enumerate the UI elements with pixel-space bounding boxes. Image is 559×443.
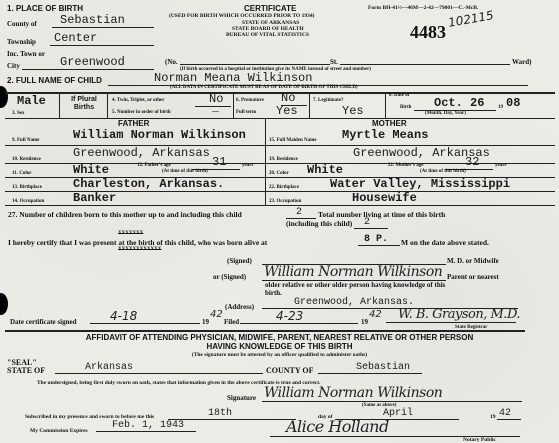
twin-label: 4. Twin, Triplet, or other [112, 98, 164, 103]
affidavit-title-2: HAVING KNOWLEDGE OF THIS BIRTH [0, 342, 559, 351]
birth-certificate: 1. PLACE OF BIRTH CERTIFICATE (USED FOR … [0, 0, 559, 443]
mother-name-label: 15. Full Maiden Name [269, 138, 317, 143]
filed-year: 42 [369, 309, 382, 320]
father-color-value: White [73, 163, 109, 177]
township-value: Center [50, 31, 154, 46]
handwritten-number: 102115 [447, 8, 495, 30]
filed-year-prefix: 19 [361, 318, 368, 326]
county-value: Sebastian [52, 13, 154, 28]
township-label: Township [7, 38, 36, 46]
affidavit-signature: William Norman Wilkinson [262, 385, 522, 402]
date-signed-year-prefix: 19 [202, 318, 209, 326]
living-count-value: 2 [354, 217, 388, 229]
form-id: Form BH-41½—46M—2-42—79001—C.-McB. [368, 5, 478, 11]
date-signed-value: 4-18 [90, 309, 200, 324]
commission-label: My Commission Expires [30, 428, 88, 434]
affidavit-county-value: Sebastian [318, 362, 422, 374]
city-label: City [7, 62, 20, 70]
mother-residence-label: 19. Residence [269, 157, 298, 162]
legitimate-label: 7. Legitimate? [313, 98, 344, 103]
father-heading: FATHER [118, 119, 149, 128]
legitimate-value: Yes [342, 104, 364, 118]
sex-value: Male [17, 94, 46, 108]
notary-signature: Alice Holland [270, 417, 520, 437]
dob-label-2: Birth [400, 105, 411, 110]
parent-signature: William Norman Wilkinson [262, 264, 446, 281]
street-label: St. [330, 58, 338, 66]
struck-text-bottom: XXXXXXXXXXXX [118, 247, 161, 252]
mother-birthplace-label: 22. Birthplace [269, 185, 299, 190]
father-birthplace-value: Charleston, Arkansas. [73, 177, 224, 191]
full-term-label: Full term [236, 110, 256, 115]
certification-statement-suffix: M on the date above stated. [401, 238, 489, 247]
certification-statement: I hereby certify that I was present at t… [8, 238, 267, 247]
mother-occupation-value: Housewife [352, 191, 417, 205]
or-signed-label: or (Signed) [213, 273, 246, 281]
dob-value: Oct. 26 [414, 96, 496, 111]
parent-label-3: birth. [265, 289, 282, 297]
county-label: County of [7, 20, 37, 28]
birth-order-label: 5. Number in order of birth [112, 110, 171, 115]
mother-color-value: White [307, 163, 343, 177]
mother-age-label: 21. Mother's age [388, 163, 423, 168]
father-name-label: 9. Full Name [12, 138, 39, 143]
ward-line [340, 64, 510, 65]
child-name-value: Norman Meana Wilkinson [108, 71, 528, 86]
state-label: STATE OF [7, 366, 45, 375]
mother-age-value: 32 [445, 155, 493, 170]
date-signed-label: Date certificate signed [10, 318, 76, 326]
mother-heading: MOTHER [372, 119, 407, 128]
father-age-unit: years [242, 163, 253, 168]
dob-hint: (Month, Day, Year) [425, 111, 466, 116]
punch-hole [0, 86, 8, 108]
affidavit-county-label: COUNTY OF [266, 366, 313, 375]
plural-births-label: If Plural Births [64, 96, 104, 112]
mother-birthplace-value: Water Valley, Mississippi [330, 177, 510, 191]
date-signed-year: 42 [210, 309, 223, 320]
children-count-value: 2 [286, 207, 316, 219]
father-name-value: William Norman Wilkinson [73, 128, 246, 142]
affidavit-title-1: AFFIDAVIT OF ATTENDING PHYSICIAN, MIDWIF… [0, 333, 559, 342]
commission-expires-value: Feb. 1, 1943 [96, 420, 196, 432]
father-color-label: 11. Color [12, 171, 31, 176]
living-count-hint: (including this child) [286, 219, 352, 228]
father-occupation-value: Banker [73, 191, 116, 205]
parent-label: Parent or nearest [447, 273, 499, 281]
agency-line-3: BUREAU OF VITAL STATISTICS [226, 32, 309, 38]
father-residence-value: Greenwood, Arkansas [73, 146, 210, 160]
mother-age-unit: years [495, 163, 506, 168]
mother-age-hint: (At time of this birth) [420, 169, 466, 174]
children-count-label: 27. Number of children born to this moth… [8, 210, 242, 219]
notary-label: Notary Public [463, 437, 496, 443]
filed-label: Filed [224, 318, 239, 326]
dob-year-prefix: 19 [498, 105, 503, 110]
street-no-line [180, 64, 330, 65]
sex-label: 3. Sex [12, 111, 25, 116]
place-of-birth-heading: 1. PLACE OF BIRTH [7, 4, 83, 13]
parent-label-2: older relative or other older person hav… [265, 281, 445, 289]
registrar-signature: W. B. Grayson, M.D. [386, 307, 516, 323]
father-birthplace-label: 13. Birthplace [12, 185, 42, 190]
dob-year: 08 [506, 96, 520, 110]
father-age-label: 12. Father's age [137, 163, 171, 168]
twin-value: No [195, 92, 231, 107]
father-occupation-label: 14. Occupation [12, 199, 44, 204]
certificate-subtitle: (USED FOR BIRTH WHICH OCCURRED PRIOR TO … [169, 13, 314, 19]
ward-label: Ward) [512, 58, 531, 66]
state-value: Arkansas [55, 362, 263, 374]
punch-hole [0, 293, 8, 315]
father-age-hint: (At time of this birth) [162, 169, 208, 174]
father-residence-label: 10. Residence [12, 157, 41, 162]
birth-order-value: — [212, 107, 219, 115]
certificate-title: CERTIFICATE [244, 4, 296, 13]
birth-time-value: 8 P. [358, 234, 400, 246]
dob-label-1: 8. Date of [389, 93, 409, 98]
street-no-label: (No. [165, 58, 178, 66]
struck-text-top: XXXXXXX [118, 231, 143, 236]
father-age-value: 31 [192, 155, 240, 170]
affidavit-note: (The signature must be attested by an of… [0, 352, 559, 358]
certificate-number: 4483 [410, 22, 446, 43]
data-note: (ALL DATA IN CERTIFICATE MUST BE AS OF D… [170, 85, 358, 90]
child-name-label: 2. FULL NAME OF CHILD [7, 76, 102, 85]
mother-color-label: 20. Color [269, 171, 289, 176]
mother-occupation-label: 23. Occupation [269, 199, 301, 204]
full-term-value: Yes [276, 104, 298, 118]
filed-date-value: 4-23 [240, 309, 358, 324]
signed-label: (Signed) [227, 257, 252, 265]
premature-label: 6. Premature [236, 98, 264, 103]
city-value: Greenwood [22, 55, 154, 70]
mother-name-value: Myrtle Means [342, 128, 428, 142]
affidavit-signature-label: Signature [227, 394, 256, 402]
md-midwife-label: M. D. or Midwife [447, 257, 499, 265]
